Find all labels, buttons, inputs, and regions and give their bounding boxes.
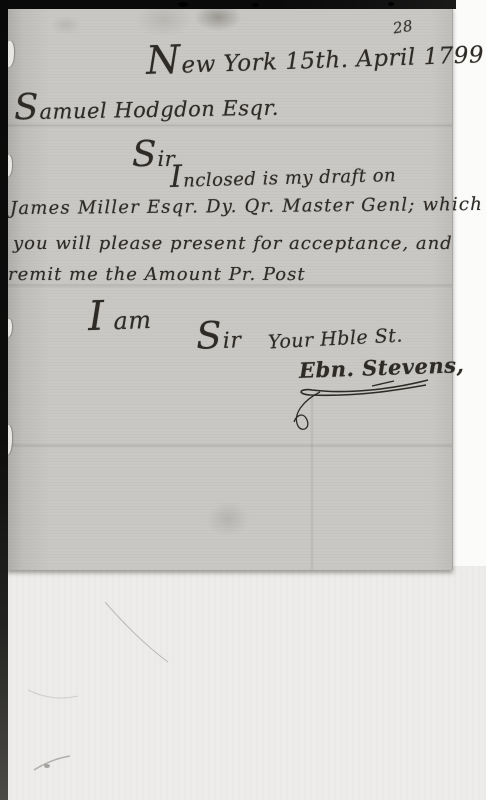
body-line: remit me the Amount Pr. Post [8,266,306,284]
scan-speck [388,2,394,6]
body-line: you will please present for acceptance, … [13,235,453,253]
scan-speck [252,3,259,7]
scanner-left-edge [0,0,8,800]
scan-speck [178,2,188,7]
salutation: Sir [132,137,175,173]
fold-crease [6,443,452,448]
closing-sir: Sir [195,316,241,355]
body-line: Inclosed is my draft on [170,157,397,194]
scanner-top-edge [0,0,456,9]
signature-flourish [286,376,446,438]
scanned-letter-page: 28 New York 15th. April 1799 Samuel Hodg… [0,0,486,800]
addressee-line: Samuel Hodgdon Esqr. [14,86,279,126]
closing-i-am: I am [87,294,152,337]
body-line: James Miller Esqr. Dy. Qr. Master Genl; … [10,196,483,218]
pencil-scratch-marks [0,570,300,800]
